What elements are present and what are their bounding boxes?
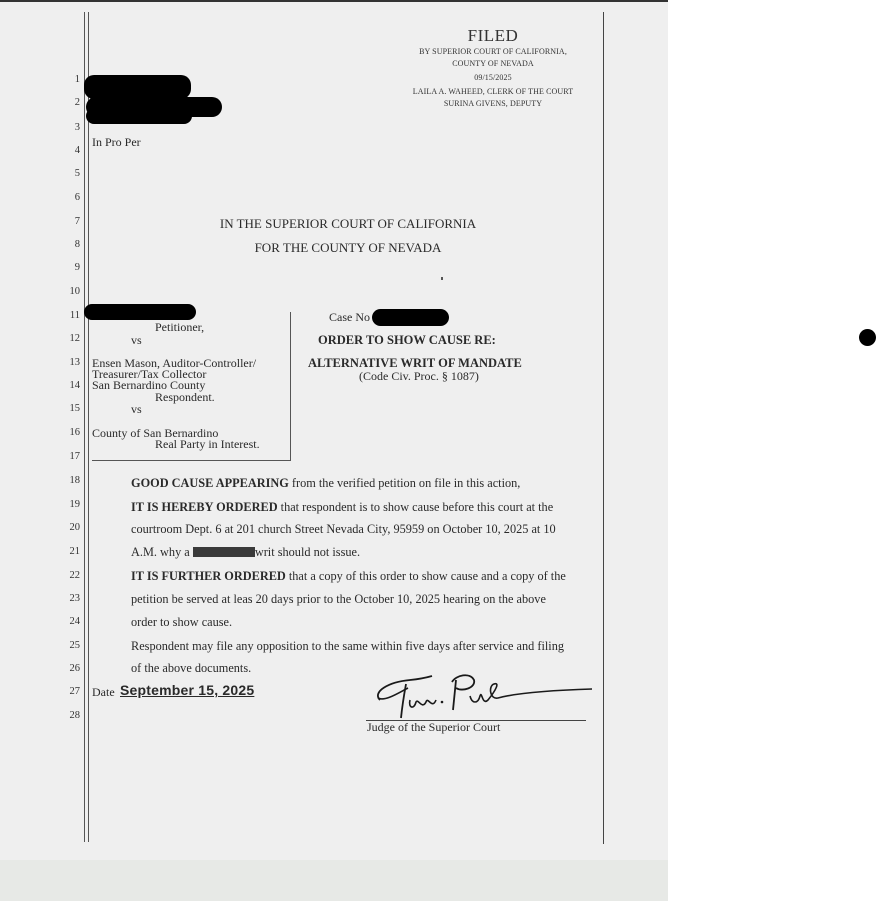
date-label: Date [92, 685, 115, 700]
filed-court: BY SUPERIOR COURT OF CALIFORNIA, [388, 46, 598, 58]
judge-signature [370, 670, 595, 725]
court-title-line2: FOR THE COUNTY OF NEVADA [200, 240, 496, 256]
line-number: 10 [60, 286, 80, 297]
filed-county: COUNTY OF NEVADA [388, 58, 598, 70]
order-line-26: of the above documents. [131, 661, 251, 676]
line-number: 24 [60, 616, 80, 627]
line-number: 26 [60, 663, 80, 674]
line-number: 15 [60, 403, 80, 414]
line-number: 1 [60, 74, 80, 85]
vs-1: vs [131, 335, 142, 346]
order-line-21: A.M. why a writ should not issue. [131, 545, 360, 560]
court-title-line1: IN THE SUPERIOR COURT OF CALIFORNIA [200, 216, 496, 232]
filed-deputy: SURINA GIVENS, DEPUTY [388, 98, 598, 110]
line-number: 4 [60, 145, 80, 156]
line-number: 19 [60, 499, 80, 510]
order-line-22-rest: that a copy of this order to show cause … [286, 569, 566, 583]
filed-title: FILED [388, 26, 598, 46]
order-line-25: Respondent may file any opposition to th… [131, 639, 564, 654]
in-pro-per: In Pro Per [92, 135, 141, 150]
line-number: 8 [60, 239, 80, 250]
vs-2: vs [131, 404, 142, 415]
line-number: 20 [60, 522, 80, 533]
left-margin-line-inner [88, 12, 89, 842]
line-number: 3 [60, 122, 80, 133]
left-margin-line-outer [84, 12, 85, 842]
line-number: 28 [60, 710, 80, 721]
order-line-23: petition be served at leas 20 days prior… [131, 592, 546, 607]
filed-stamp: FILED BY SUPERIOR COURT OF CALIFORNIA, C… [388, 26, 598, 110]
order-line-18-rest: from the verified petition on file in th… [289, 476, 521, 490]
line-number: 13 [60, 357, 80, 368]
redacted-writ-type [193, 547, 255, 557]
order-line-21-post: writ should not issue. [255, 545, 360, 559]
judge-label: Judge of the Superior Court [367, 720, 500, 735]
line-number: 27 [60, 686, 80, 697]
dot-marker [859, 329, 876, 346]
real-party-label: Real Party in Interest. [155, 439, 260, 450]
case-title-line1: ORDER TO SHOW CAUSE RE: [318, 333, 496, 348]
line-number: 6 [60, 192, 80, 203]
line-number: 2 [60, 97, 80, 108]
redacted-name [84, 75, 191, 99]
case-no-label: Case No [329, 310, 370, 325]
order-line-20: courtroom Dept. 6 at 201 church Street N… [131, 522, 556, 537]
document-page: FILED BY SUPERIOR COURT OF CALIFORNIA, C… [0, 0, 668, 860]
filed-date: 09/15/2025 [388, 72, 598, 84]
order-line-19-rest: that respondent is to show cause before … [278, 500, 554, 514]
order-line-24: order to show cause. [131, 615, 232, 630]
hereby-ordered: IT IS HEREBY ORDERED [131, 500, 278, 514]
petitioner-label: Petitioner, [155, 322, 204, 333]
line-number: 9 [60, 262, 80, 273]
page-bottom-strip [0, 860, 668, 901]
line-number: 17 [60, 451, 80, 462]
line-number: 12 [60, 333, 80, 344]
line-number: 7 [60, 216, 80, 227]
order-line-22: IT IS FURTHER ORDERED that a copy of thi… [131, 569, 566, 584]
case-title-line3: (Code Civ. Proc. § 1087) [359, 369, 479, 384]
redacted-case-number [372, 309, 449, 326]
order-line-18: GOOD CAUSE APPEARING from the verified p… [131, 476, 520, 491]
line-number: 25 [60, 640, 80, 651]
line-number: 14 [60, 380, 80, 391]
line-number: 11 [60, 310, 80, 321]
order-line-19: IT IS HEREBY ORDERED that respondent is … [131, 500, 553, 515]
line-number: 22 [60, 570, 80, 581]
good-cause-appearing: GOOD CAUSE APPEARING [131, 476, 289, 490]
filed-clerk: LAILA A. WAHEED, CLERK OF THE COURT [388, 86, 598, 98]
line-number: 18 [60, 475, 80, 486]
order-line-21-pre: A.M. why a [131, 545, 193, 559]
redacted-address-2 [86, 108, 192, 124]
date-value: September 15, 2025 [120, 682, 254, 698]
line-number: 21 [60, 546, 80, 557]
further-ordered: IT IS FURTHER ORDERED [131, 569, 286, 583]
right-margin-line [603, 12, 604, 844]
line-number: 23 [60, 593, 80, 604]
line-number: 5 [60, 168, 80, 179]
respondent-label: Respondent. [155, 392, 215, 403]
line-number: 16 [60, 427, 80, 438]
speck [441, 277, 443, 280]
